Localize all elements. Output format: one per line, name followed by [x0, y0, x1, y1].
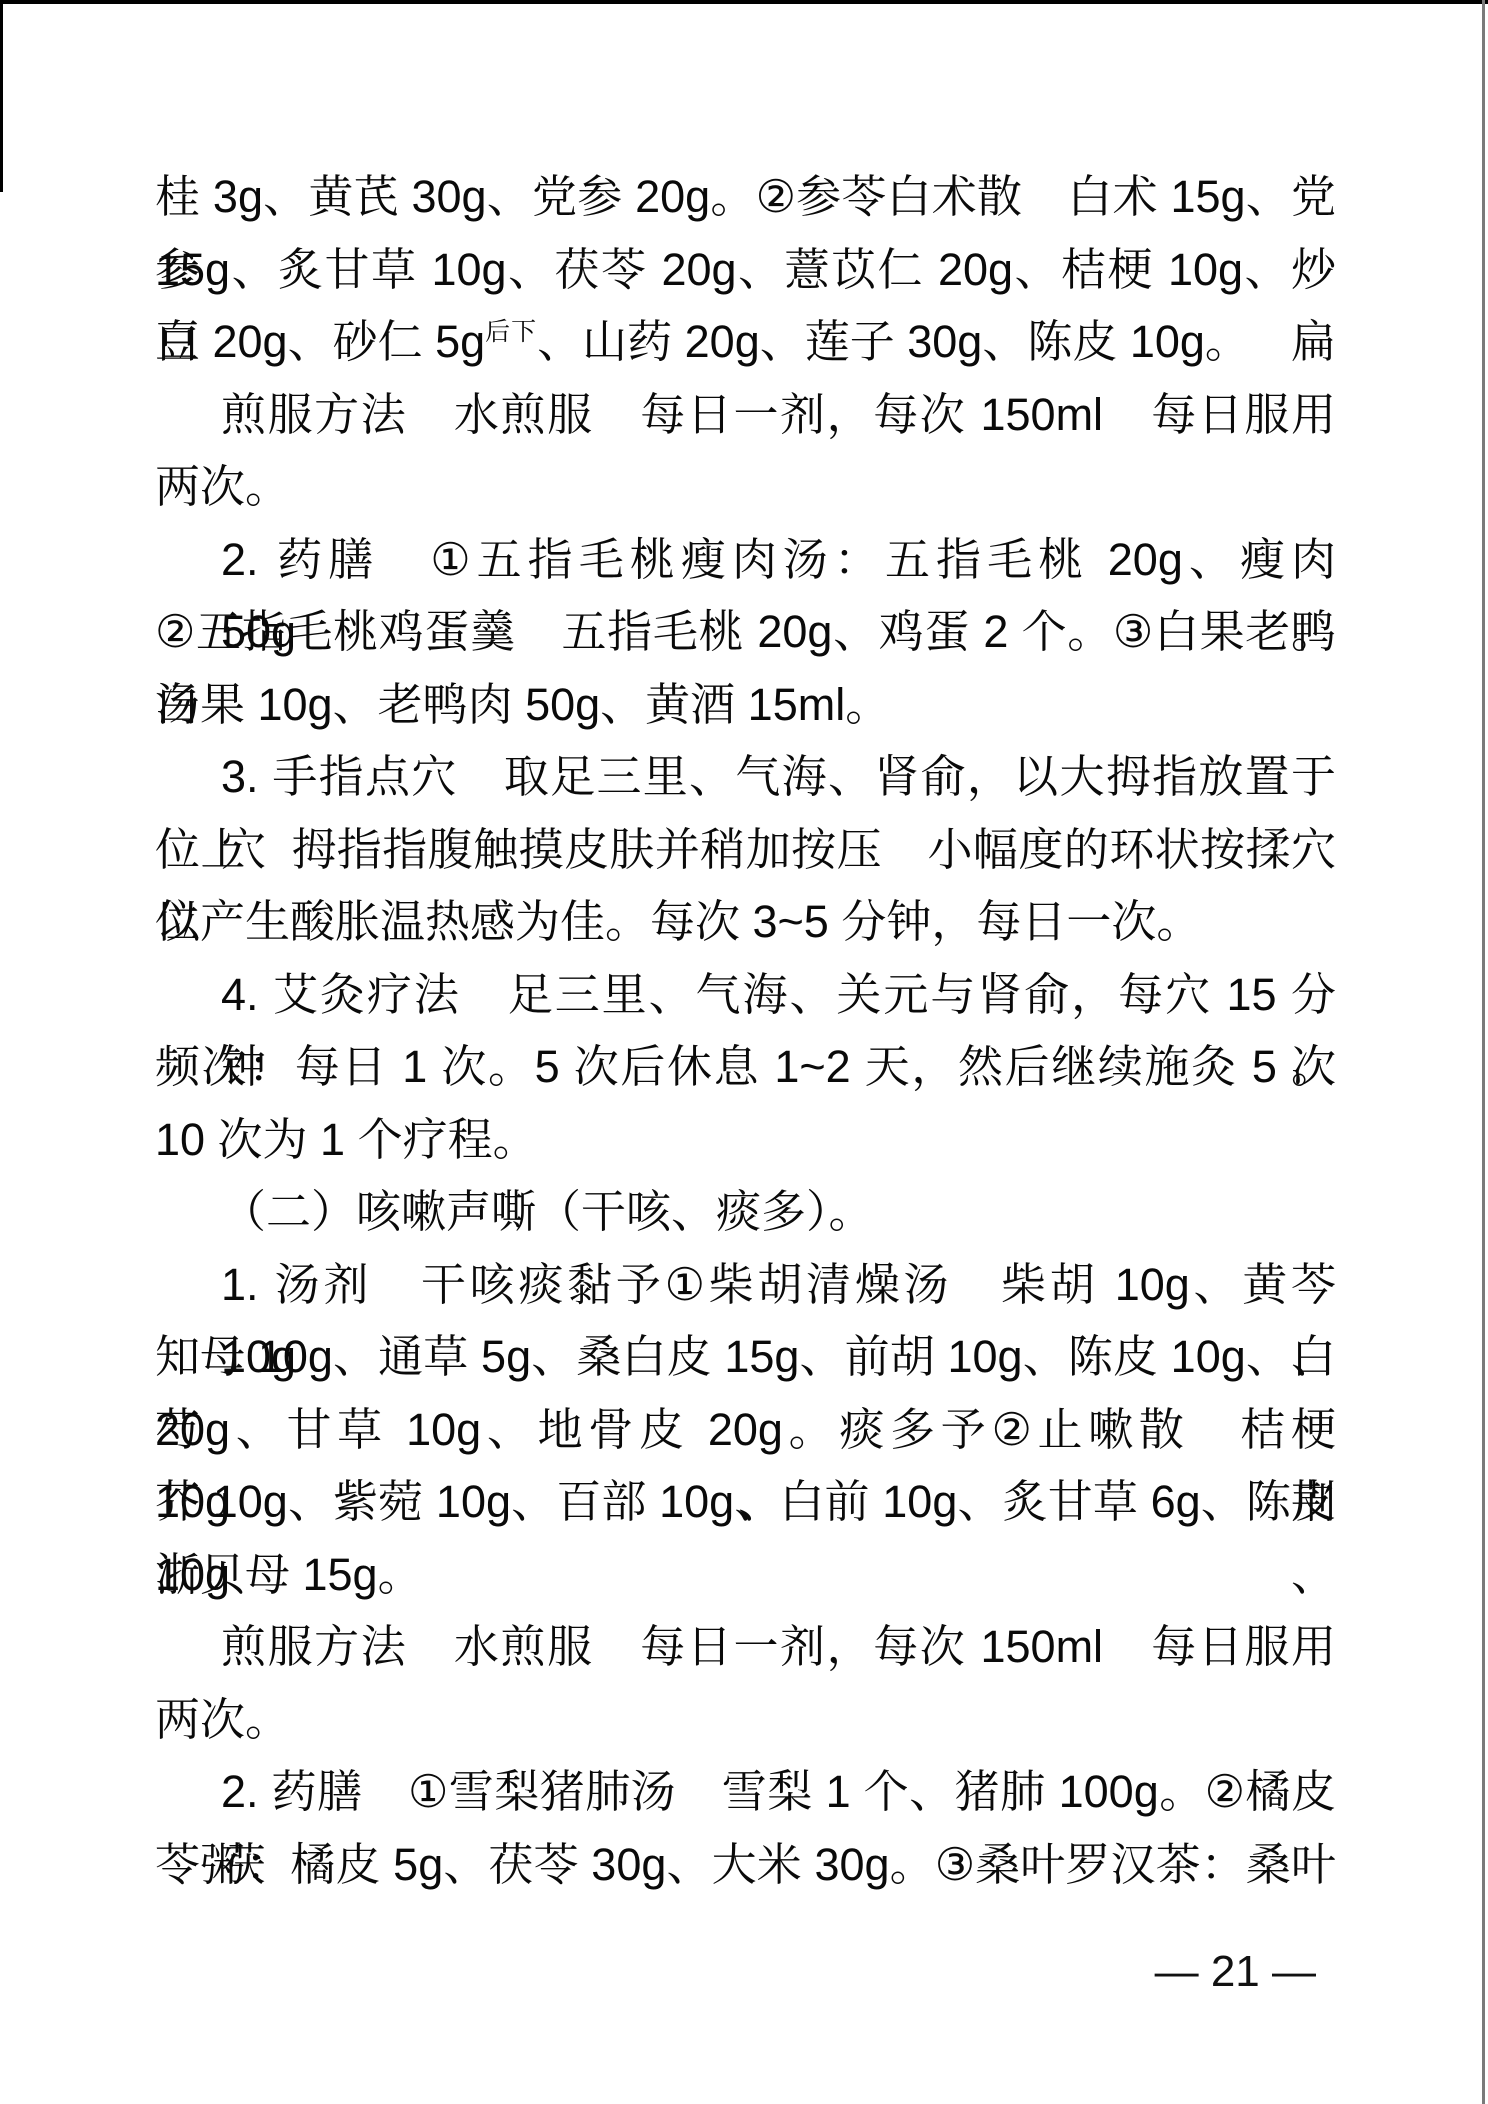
page-top-border: [0, 0, 1488, 4]
text-segment: 、山药 20g、莲子 30g、陈皮 10g。: [537, 316, 1250, 367]
text-segment: 豆 20g、砂仁 5g: [155, 316, 485, 367]
text-line-18: 20g、甘草 10g、地骨皮 20g。痰多予②止嗽散 桔梗 10g、荆: [155, 1394, 1336, 1467]
document-page: 桂 3g、黄芪 30g、党参 20g。②参苓白术散 白术 15g、党参 15g、…: [0, 0, 1488, 2104]
text-line-21: 煎服方法 水煎服 每日一剂，每次 150ml 每日服用: [155, 1611, 1336, 1684]
text-line-2: 15g、炙甘草 10g、茯苓 20g、薏苡仁 20g、桔梗 10g、炒白扁: [155, 234, 1336, 307]
page-right-border: [1482, 0, 1485, 2104]
text-line-19: 芥 10g、紫菀 10g、百部 10g、白前 10g、炙甘草 6g、陈皮 10g…: [155, 1466, 1336, 1539]
text-line-13: 频次：每日 1 次。5 次后休息 1~2 天，然后继续施灸 5 次: [155, 1031, 1336, 1104]
text-line-3: 豆 20g、砂仁 5g后下、山药 20g、莲子 30g、陈皮 10g。: [155, 306, 1336, 379]
page-left-border: [0, 0, 3, 192]
text-line-16: 1. 汤剂 干咳痰黏予①柴胡清燥汤 柴胡 10g、黄芩 10g、: [155, 1249, 1336, 1322]
text-line-24: 苓粥：橘皮 5g、茯苓 30g、大米 30g。③桑叶罗汉茶：桑叶: [155, 1829, 1336, 1902]
text-line-17: 知母 10g、通草 5g、桑白皮 15g、前胡 10g、陈皮 10g、白芍: [155, 1321, 1336, 1394]
superscript-note: 后下: [485, 318, 537, 346]
text-line-7: ②五指毛桃鸡蛋羹 五指毛桃 20g、鸡蛋 2 个。③白果老鸭汤: [155, 596, 1336, 669]
text-line-11: 以产生酸胀温热感为佳。每次 3~5 分钟，每日一次。: [155, 886, 1336, 959]
page-text-block: 桂 3g、黄芪 30g、党参 20g。②参苓白术散 白术 15g、党参 15g、…: [155, 161, 1336, 1901]
text-line-5: 两次。: [155, 451, 1336, 524]
text-line-10: 位上 拇指指腹触摸皮肤并稍加按压 小幅度的环状按揉穴位: [155, 814, 1336, 887]
text-line-6: 2. 药膳 ①五指毛桃瘦肉汤：五指毛桃 20g、瘦肉 50g。: [155, 524, 1336, 597]
text-line-1: 桂 3g、黄芪 30g、党参 20g。②参苓白术散 白术 15g、党参: [155, 161, 1336, 234]
text-line-4: 煎服方法 水煎服 每日一剂，每次 150ml 每日服用: [155, 379, 1336, 452]
text-line-8: 白果 10g、老鸭肉 50g、黄酒 15ml。: [155, 669, 1336, 742]
text-line-14: 10 次为 1 个疗程。: [155, 1104, 1336, 1177]
page-number: — 21 —: [1155, 1946, 1316, 1998]
text-line-12: 4. 艾灸疗法 足三里、气海、关元与肾俞，每穴 15 分钟。: [155, 959, 1336, 1032]
text-line-15: （二）咳嗽声嘶（干咳、痰多）。: [155, 1176, 1336, 1249]
text-line-9: 3. 手指点穴 取足三里、气海、肾俞，以大拇指放置于穴: [155, 741, 1336, 814]
text-line-23: 2. 药膳 ①雪梨猪肺汤 雪梨 1 个、猪肺 100g。②橘皮茯: [155, 1756, 1336, 1829]
text-line-22: 两次。: [155, 1684, 1336, 1757]
